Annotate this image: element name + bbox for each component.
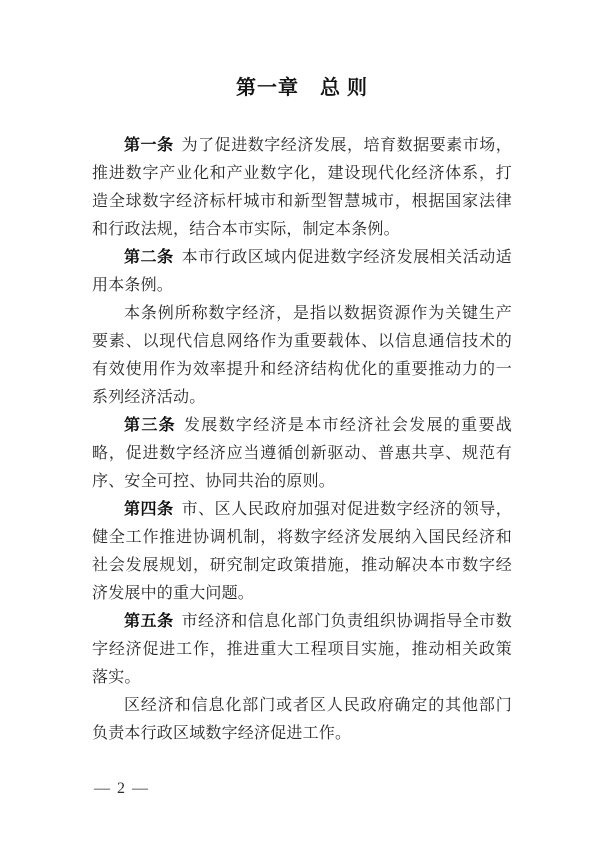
article-paragraph: 第五条市经济和信息化部门负责组织协调指导全市数字经济促进工作，推进重大工程项目实… bbox=[92, 608, 512, 692]
document-body: 第一条为了促进数字经济发展，培育数据要素市场，推进数字产业化和产业数字化，建设现… bbox=[92, 132, 512, 748]
article-paragraph: 第二条本市行政区域内促进数字经济发展相关活动适用本条例。 bbox=[92, 244, 512, 300]
article-text: 本条例所称数字经济，是指以数据资源作为关键生产要素、以现代信息网络作为重要载体、… bbox=[92, 305, 512, 406]
article-paragraph: 第一条为了促进数字经济发展，培育数据要素市场，推进数字产业化和产业数字化，建设现… bbox=[92, 132, 512, 244]
article-number-label: 第二条 bbox=[124, 249, 174, 266]
document-content: 第一章 总 则 第一条为了促进数字经济发展，培育数据要素市场，推进数字产业化和产… bbox=[92, 74, 512, 748]
article-paragraph: 第三条发展数字经济是本市经济社会发展的重要战略，促进数字经济应当遵循创新驱动、普… bbox=[92, 412, 512, 496]
article-number-label: 第一条 bbox=[124, 137, 174, 154]
article-paragraph: 第四条市、区人民政府加强对促进数字经济的领导，健全工作推进协调机制，将数字经济发… bbox=[92, 496, 512, 608]
article-paragraph: 本条例所称数字经济，是指以数据资源作为关键生产要素、以现代信息网络作为重要载体、… bbox=[92, 300, 512, 412]
article-number-label: 第五条 bbox=[124, 613, 174, 630]
document-page: 第一章 总 则 第一条为了促进数字经济发展，培育数据要素市场，推进数字产业化和产… bbox=[0, 0, 600, 848]
article-paragraph: 区经济和信息化部门或者区人民政府确定的其他部门负责本行政区域数字经济促进工作。 bbox=[92, 692, 512, 748]
article-number-label: 第四条 bbox=[124, 501, 174, 518]
article-number-label: 第三条 bbox=[124, 417, 176, 434]
chapter-title: 第一章 总 则 bbox=[92, 74, 512, 102]
article-text: 区经济和信息化部门或者区人民政府确定的其他部门负责本行政区域数字经济促进工作。 bbox=[92, 697, 512, 742]
page-number: — 2 — bbox=[94, 779, 150, 799]
